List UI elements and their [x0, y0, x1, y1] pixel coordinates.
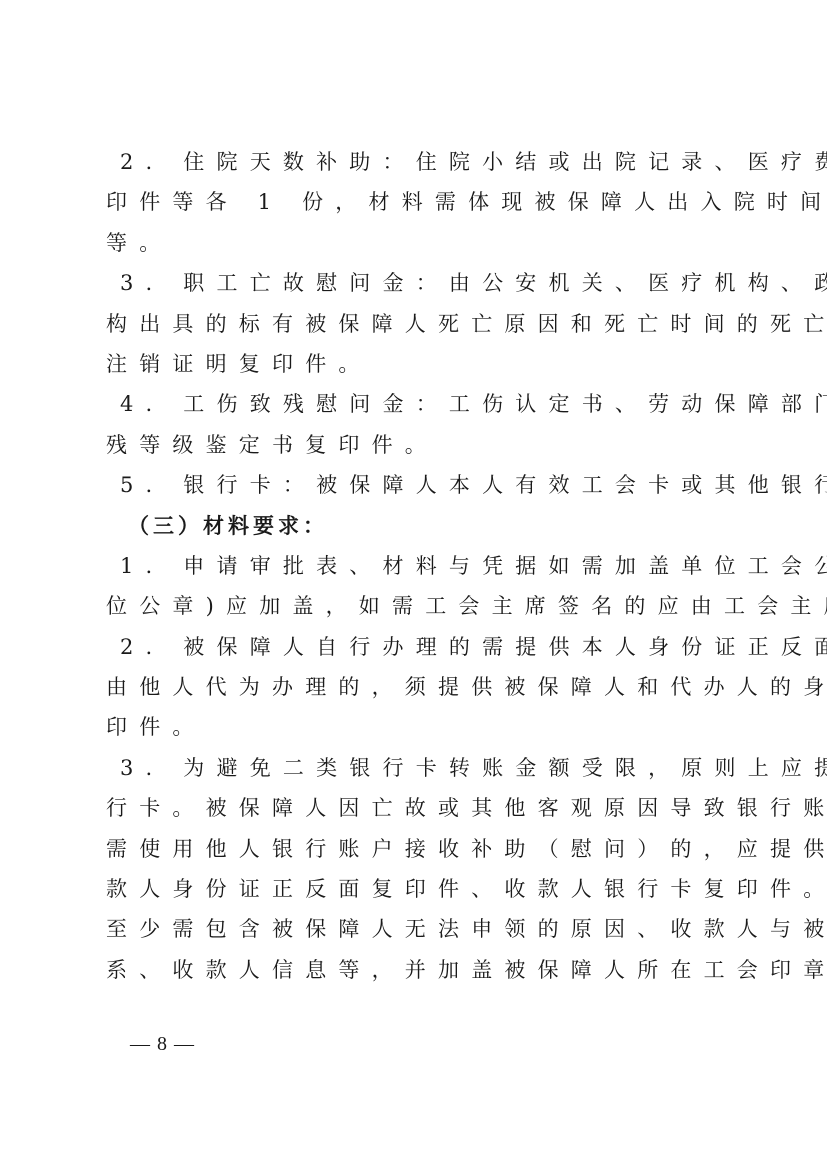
paragraph-line: 5. 银行卡：被保障人本人有效工会卡或其他银行卡复印件。 — [106, 465, 726, 505]
page-number: — 8 — — [130, 1033, 195, 1056]
paragraph-line: 3. 职工亡故慰问金：由公安机关、医疗机构、政府权威机 — [106, 263, 726, 303]
paragraph-line: 系、收款人信息等，并加盖被保障人所在工会印章。 — [106, 950, 726, 990]
paragraph-line: 3. 为避免二类银行卡转账金额受限，原则上应提供一类银 — [106, 748, 726, 788]
paragraph-line: 2. 住院天数补助：住院小结或出院记录、医疗费用发票复 — [106, 142, 726, 182]
paragraph-line: 行卡。被保障人因亡故或其他客观原因导致银行账户无法使用， — [106, 788, 726, 828]
paragraph-line: 需使用他人银行账户接收补助（慰问）的，应提供情况说明、收 — [106, 829, 726, 869]
paragraph-line: 注销证明复印件。 — [106, 344, 726, 384]
paragraph-line: 残等级鉴定书复印件。 — [106, 425, 726, 465]
document-body: 2. 住院天数补助：住院小结或出院记录、医疗费用发票复 印件等各 1 份，材料需… — [106, 142, 726, 990]
paragraph-line: 1. 申请审批表、材料与凭据如需加盖单位工会公章(或盖单 — [106, 546, 726, 586]
document-page: 2. 住院天数补助：住院小结或出院记录、医疗费用发票复 印件等各 1 份，材料需… — [0, 0, 827, 1170]
paragraph-line: 构出具的标有被保障人死亡原因和死亡时间的死亡证明或户口 — [106, 304, 726, 344]
paragraph-line: 印件等各 1 份，材料需体现被保障人出入院时间和医疗项目名称 — [106, 182, 726, 222]
paragraph-line: 2. 被保障人自行办理的需提供本人身份证正反面复印件； — [106, 627, 726, 667]
paragraph-line: 位公章)应加盖，如需工会主席签名的应由工会主席本人签名。 — [106, 586, 726, 626]
paragraph-line: 款人身份证正反面复印件、收款人银行卡复印件。情况说明内容 — [106, 869, 726, 909]
paragraph-line: 印件。 — [106, 707, 726, 747]
section-heading: （三）材料要求： — [106, 506, 726, 546]
paragraph-line: 4. 工伤致残慰问金：工伤认定书、劳动保障部门出具的伤 — [106, 384, 726, 424]
paragraph-line: 等。 — [106, 223, 726, 263]
paragraph-line: 由他人代为办理的，须提供被保障人和代办人的身份证正反面复 — [106, 667, 726, 707]
paragraph-line: 至少需包含被保障人无法申领的原因、收款人与被保障人的关 — [106, 909, 726, 949]
